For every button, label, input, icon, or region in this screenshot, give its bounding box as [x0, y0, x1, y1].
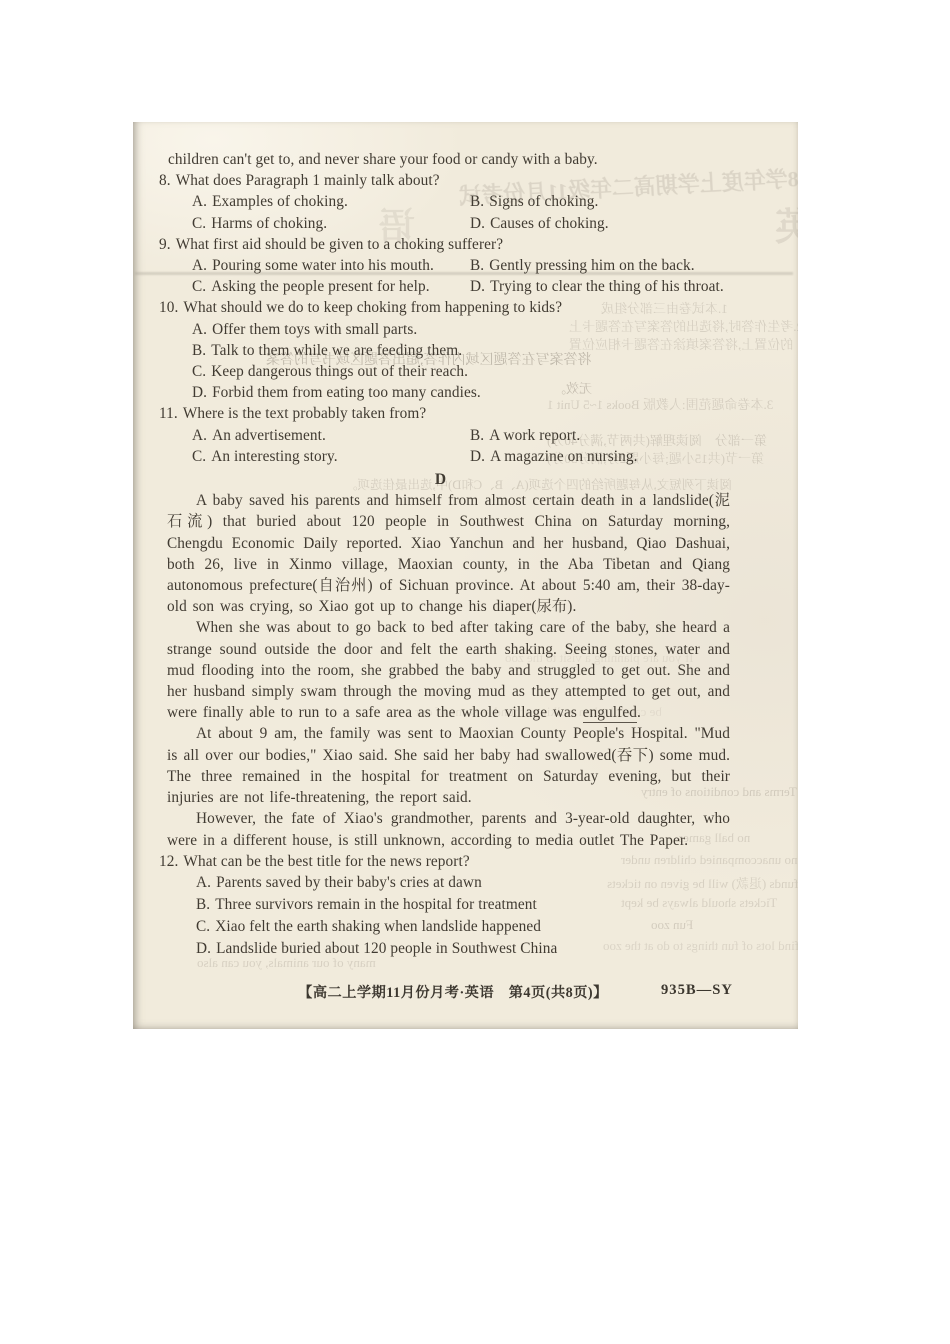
option-10b: B.Talk to them while we are feeding them…: [159, 340, 733, 361]
option-12d: D.Landslide buried about 120 people in S…: [159, 938, 733, 960]
question-number: 8.: [159, 172, 171, 189]
option-9c: C.Asking the people present for help.: [192, 276, 470, 297]
exam-paper-page: 凌源市2017~2018学年度上学期高二年级11月份考试 语 英 1.本试卷由三…: [133, 122, 798, 1029]
question-prompt: Where is the text probably taken from?: [183, 405, 426, 422]
option-9a: A.Pouring some water into his mouth.: [192, 255, 470, 276]
bleedthrough-title-char-right: 英: [775, 196, 798, 251]
option-9b: B.Gently pressing him on the back.: [470, 255, 733, 276]
option-12b: B.Three survivors remain in the hospital…: [159, 894, 733, 916]
question-number: 9.: [159, 236, 171, 253]
option-12a: A.Parents saved by their baby's cries at…: [159, 872, 733, 894]
question-number: 11.: [159, 405, 178, 422]
option-11d: D.A magazine on nursing.: [470, 446, 733, 467]
option-11b: B.A work report.: [470, 425, 733, 446]
passage-d-paragraph-4: However, the fate of Xiao's grandmother,…: [167, 808, 730, 850]
question-9-options-row-1: A.Pouring some water into his mouth. B.G…: [159, 255, 733, 276]
question-11-options-row-2: C.An interesting story. D.A magazine on …: [159, 446, 733, 467]
option-8b: B.Signs of choking.: [470, 191, 733, 212]
question-9-options-row-2: C.Asking the people present for help. D.…: [159, 276, 733, 297]
glossary-word-engulfed: engulfed: [583, 704, 637, 723]
question-11-options-row-1: A.An advertisement. B.A work report.: [159, 425, 733, 446]
passage-d-paragraph-3: At about 9 am, the family was sent to Ma…: [167, 723, 730, 808]
scanned-exam-screenshot: 凌源市2017~2018学年度上学期高二年级11月份考试 语 英 1.本试卷由三…: [0, 0, 950, 1344]
option-8c: C.Harms of choking.: [192, 213, 470, 234]
section-d-heading: D: [159, 469, 722, 490]
option-10c: C.Keep dangerous things out of their rea…: [159, 361, 733, 382]
option-10a: A.Offer them toys with small parts.: [159, 319, 733, 340]
question-8-options-row-2: C.Harms of choking. D.Causes of choking.: [159, 213, 733, 234]
passage-tail-line: children can't get to, and never share y…: [159, 149, 733, 170]
question-10: 10.What should we do to keep choking fro…: [159, 297, 733, 318]
option-8a: A.Examples of choking.: [192, 191, 470, 212]
paper-code: 935B—SY: [661, 982, 733, 999]
passage-d-paragraph-2: When she was about to go back to bed aft…: [167, 617, 730, 723]
question-prompt: What can be the best title for the news …: [183, 853, 469, 870]
exam-text-column: children can't get to, and never share y…: [159, 149, 733, 960]
option-12c: C.Xiao felt the earth shaking when lands…: [159, 916, 733, 938]
question-9: 9.What first aid should be given to a ch…: [159, 234, 733, 255]
question-prompt: What does Paragraph 1 mainly talk about?: [176, 172, 440, 189]
question-prompt: What should we do to keep choking from h…: [183, 299, 562, 316]
option-10d: D.Forbid them from eating too many candi…: [159, 382, 733, 403]
question-11: 11.Where is the text probably taken from…: [159, 403, 733, 424]
question-12: 12.What can be the best title for the ne…: [159, 851, 733, 872]
question-number: 12.: [159, 853, 178, 870]
passage-d-paragraph-1: A baby saved his parents and himself fro…: [167, 490, 730, 617]
option-11c: C.An interesting story.: [192, 446, 470, 467]
question-8-options-row-1: A.Examples of choking. B.Signs of chokin…: [159, 191, 733, 212]
question-number: 10.: [159, 299, 178, 316]
question-prompt: What first aid should be given to a chok…: [176, 236, 503, 253]
option-8d: D.Causes of choking.: [470, 213, 733, 234]
option-9d: D.Trying to clear the thing of his throa…: [470, 276, 733, 297]
question-8: 8.What does Paragraph 1 mainly talk abou…: [159, 170, 733, 191]
option-11a: A.An advertisement.: [192, 425, 470, 446]
